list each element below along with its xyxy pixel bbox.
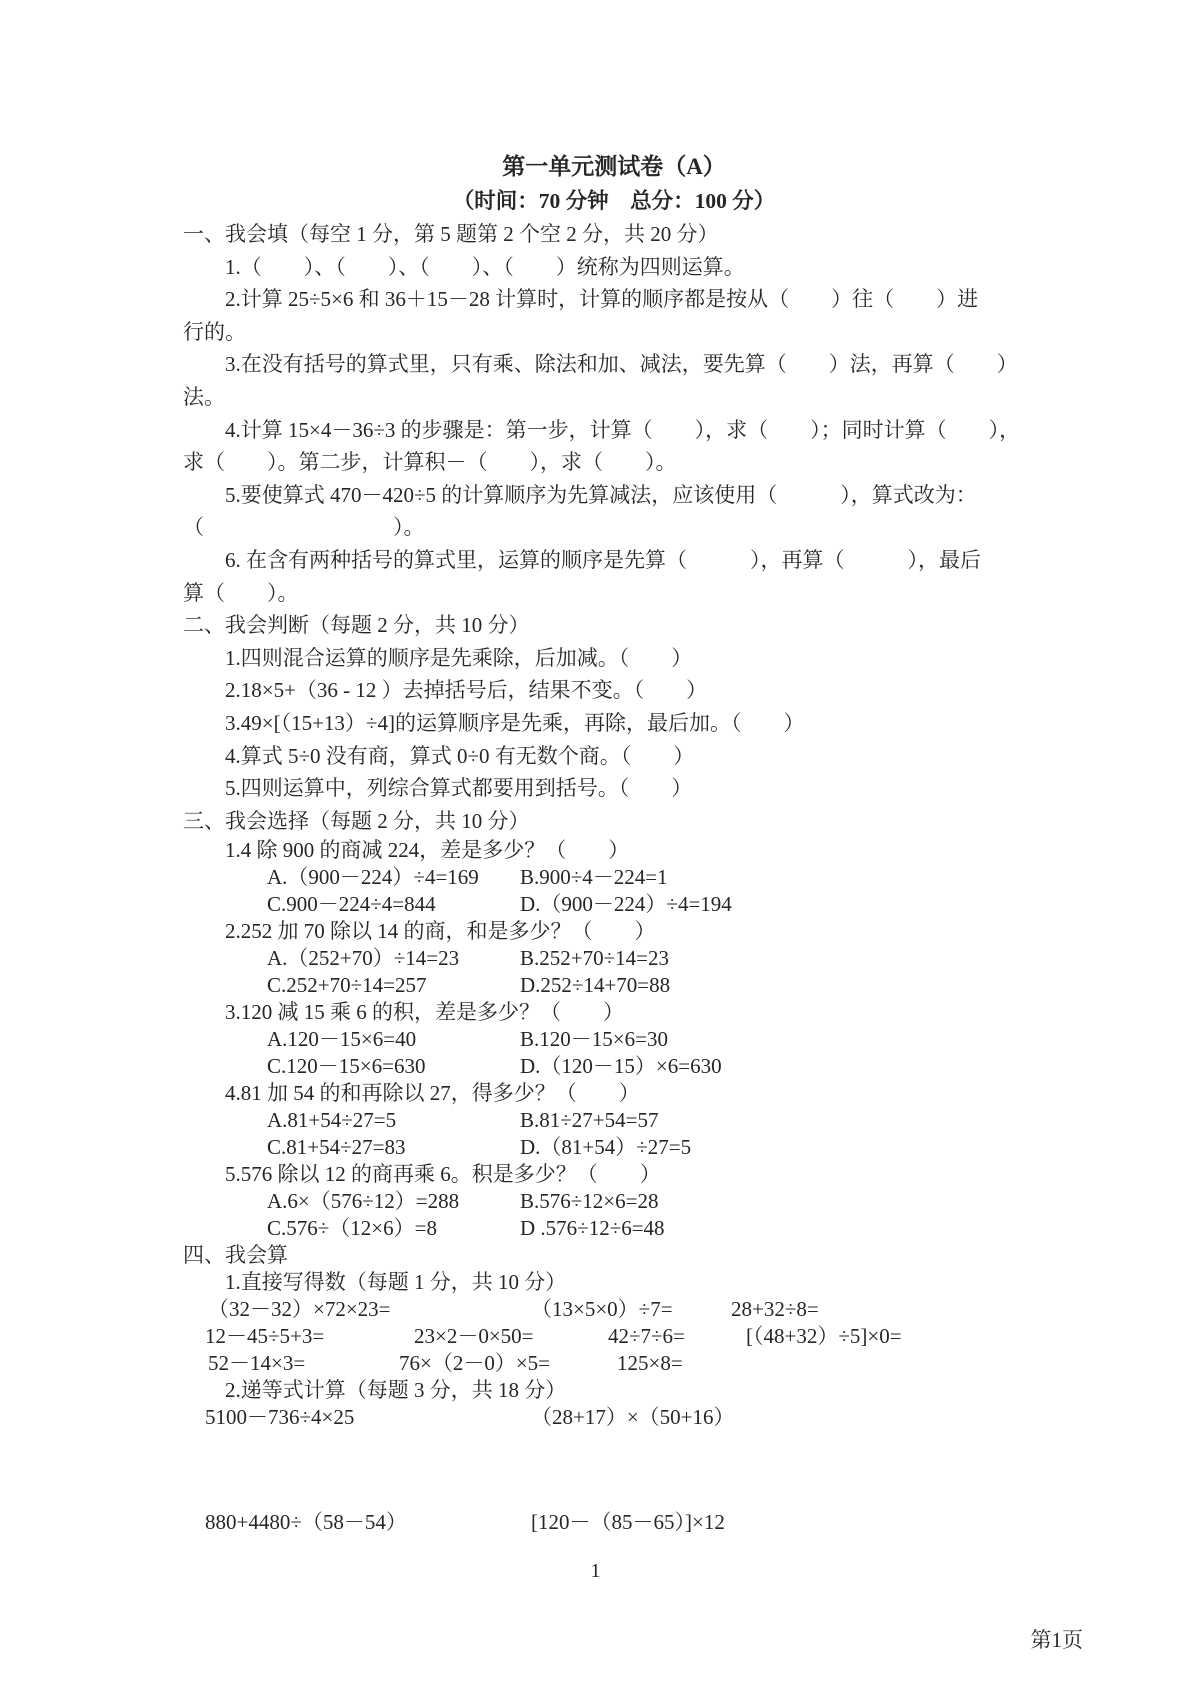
judge-item: 4.算式 5÷0 没有商，算式 0÷0 有无数个商。（ ） [183, 740, 1045, 773]
choice-option: B.81÷27+54=57 [520, 1108, 658, 1132]
page-number-center: 1 [0, 1560, 1191, 1583]
fill-blank-line: 算（ ）。 [183, 577, 1045, 610]
choice-options-row: A.6×（576÷12）=288B.576÷12×6=28 [183, 1188, 1045, 1215]
choice-options-row: A.（252+70）÷14=23B.252+70÷14=23 [183, 945, 1045, 972]
choice-question-stem: 2.252 加 70 除以 14 的商，和是多少？（ ） [183, 918, 1045, 945]
footer-page-label: 第1页 [1031, 1624, 1084, 1654]
choice-option: C.252+70÷14=257 [267, 972, 520, 999]
fill-blank-line: 2.计算 25÷5×6 和 36＋15－28 计算时，计算的顺序都是按从（ ）往… [183, 283, 1045, 316]
judge-item: 5.四则运算中，列综合算式都要用到括号。（ ） [183, 772, 1045, 805]
test-paper-page: 第一单元测试卷（A） （时间：70 分钟 总分：100 分） 一、我会填（每空 … [0, 0, 1191, 1684]
choice-option: B.120－15×6=30 [520, 1027, 668, 1051]
direct-calc-heading: 1.直接写得数（每题 1 分，共 10 分） [183, 1269, 1045, 1296]
stepwise-calc-row: 5100－736÷4×25 （28+17）×（50+16） [183, 1404, 1045, 1431]
choice-option: B.252+70÷14=23 [520, 946, 669, 970]
direct-calc-cell: 28+32÷8= [731, 1296, 819, 1323]
choice-question-stem: 4.81 加 54 的和再除以 27，得多少？（ ） [183, 1080, 1045, 1107]
section1-heading: 一、我会填（每空 1 分，第 5 题第 2 个空 2 分，共 20 分） [183, 218, 1045, 251]
fill-blank-line: 法。 [183, 381, 1045, 414]
choice-option: A.81+54÷27=5 [267, 1107, 520, 1134]
fill-blank-line: （ ）。 [183, 511, 1045, 544]
choice-option: B.900÷4－224=1 [520, 865, 668, 889]
direct-calc-cell: 23×2－0×50= [414, 1323, 534, 1350]
choice-option: B.576÷12×6=28 [520, 1189, 658, 1213]
direct-calc-cell: 125×8= [617, 1350, 683, 1377]
direct-calc-row: 52－14×3= 76×（2－0）×5= 125×8= [183, 1350, 1045, 1377]
choice-options-row: A.81+54÷27=5B.81÷27+54=57 [183, 1107, 1045, 1134]
choice-question-stem: 5.576 除以 12 的商再乘 6。积是多少？（ ） [183, 1161, 1045, 1188]
direct-calc-cell: （13×5×0）÷7= [531, 1296, 673, 1323]
stepwise-calc-cell: 880+4480÷（58－54） [205, 1509, 407, 1536]
fill-blank-line: 6. 在含有两种括号的算式里，运算的顺序是先算（ ），再算（ ），最后 [183, 544, 1045, 577]
choice-option: C.900－224÷4=844 [267, 891, 520, 918]
choice-option: C.120－15×6=630 [267, 1053, 520, 1080]
choice-options-row: C.120－15×6=630D.（120－15）×6=630 [183, 1053, 1045, 1080]
choice-question: 5.576 除以 12 的商再乘 6。积是多少？（ ） A.6×（576÷12）… [183, 1161, 1045, 1242]
stepwise-calc-heading: 2.递等式计算（每题 3 分，共 18 分） [183, 1377, 1045, 1404]
direct-calc-row: （32－32）×72×23= （13×5×0）÷7= 28+32÷8= [183, 1296, 1045, 1323]
judge-item: 2.18×5+（36 - 12 ）去掉括号后，结果不变。（ ） [183, 674, 1045, 707]
direct-calc-cell: [（48+32）÷5]×0= [746, 1323, 902, 1350]
direct-calc-cell: 76×（2－0）×5= [399, 1350, 550, 1377]
fill-blank-line: 求（ ）。第二步，计算积－（ ），求（ ）。 [183, 446, 1045, 479]
choice-question: 2.252 加 70 除以 14 的商，和是多少？（ ） A.（252+70）÷… [183, 918, 1045, 999]
choice-option: C.81+54÷27=83 [267, 1134, 520, 1161]
section4-heading: 四、我会算 [183, 1242, 1045, 1269]
choice-option: A.120－15×6=40 [267, 1026, 520, 1053]
choice-option: D .576÷12÷6=48 [520, 1216, 665, 1240]
choice-question: 4.81 加 54 的和再除以 27，得多少？（ ） A.81+54÷27=5B… [183, 1080, 1045, 1161]
section-calculation: 四、我会算 1.直接写得数（每题 1 分，共 10 分） （32－32）×72×… [183, 1242, 1045, 1536]
choice-options-row: A.（900－224）÷4=169B.900÷4－224=1 [183, 864, 1045, 891]
choice-question: 3.120 减 15 乘 6 的积，差是多少？（ ） A.120－15×6=40… [183, 999, 1045, 1080]
stepwise-calc-cell: [120－（85－65）]×12 [531, 1509, 725, 1536]
direct-calc-cell: （32－32）×72×23= [208, 1296, 391, 1323]
direct-calc-cell: 12－45÷5+3= [205, 1323, 324, 1350]
choice-options-row: A.120－15×6=40B.120－15×6=30 [183, 1026, 1045, 1053]
choice-options-row: C.252+70÷14=257D.252÷14+70=88 [183, 972, 1045, 999]
fill-blank-line: 行的。 [183, 316, 1045, 349]
fill-blank-line: 4.计算 15×4－36÷3 的步骤是：第一步，计算（ ），求（ ）；同时计算（… [183, 414, 1045, 447]
fill-blank-line: 1.（ ）、（ ）、（ ）、（ ）统称为四则运算。 [183, 251, 1045, 284]
choice-question-stem: 3.120 减 15 乘 6 的积，差是多少？（ ） [183, 999, 1045, 1026]
direct-calc-row: 12－45÷5+3= 23×2－0×50= 42÷7÷6= [（48+32）÷5… [183, 1323, 1045, 1350]
choice-options-row: C.900－224÷4=844D.（900－224）÷4=194 [183, 891, 1045, 918]
choice-option: A.6×（576÷12）=288 [267, 1188, 520, 1215]
stepwise-calc-cell: （28+17）×（50+16） [531, 1404, 735, 1431]
choice-option: C.576÷（12×6）=8 [267, 1215, 520, 1242]
choice-option: D.252÷14+70=88 [520, 973, 670, 997]
choice-question: 1.4 除 900 的商减 224，差是多少？（ ） A.（900－224）÷4… [183, 837, 1045, 918]
exam-time-score-line: （时间：70 分钟 总分：100 分） [183, 184, 1045, 218]
direct-calc-cell: 42÷7÷6= [608, 1323, 685, 1350]
stepwise-calc-row: 880+4480÷（58－54） [120－（85－65）]×12 [183, 1509, 1045, 1536]
choice-option: D.（900－224）÷4=194 [520, 892, 732, 916]
direct-calc-cell: 52－14×3= [208, 1350, 305, 1377]
fill-blank-line: 3.在没有括号的算式里，只有乘、除法和加、减法，要先算（ ）法，再算（ ） [183, 348, 1045, 381]
section-fill-blanks: 一、我会填（每空 1 分，第 5 题第 2 个空 2 分，共 20 分） 1.（… [183, 218, 1045, 609]
section2-heading: 二、我会判断（每题 2 分，共 10 分） [183, 609, 1045, 642]
choice-option: D.（120－15）×6=630 [520, 1054, 722, 1078]
section-judgement: 二、我会判断（每题 2 分，共 10 分） 1.四则混合运算的顺序是先乘除，后加… [183, 609, 1045, 805]
stepwise-calc-cell: 5100－736÷4×25 [205, 1404, 354, 1431]
choice-option: A.（900－224）÷4=169 [267, 864, 520, 891]
section3-heading: 三、我会选择（每题 2 分，共 10 分） [183, 805, 1045, 838]
choice-option: A.（252+70）÷14=23 [267, 945, 520, 972]
judge-item: 1.四则混合运算的顺序是先乘除，后加减。（ ） [183, 642, 1045, 675]
choice-question-stem: 1.4 除 900 的商减 224，差是多少？（ ） [183, 837, 1045, 864]
choice-option: D.（81+54）÷27=5 [520, 1135, 691, 1159]
paper-content: 第一单元测试卷（A） （时间：70 分钟 总分：100 分） 一、我会填（每空 … [183, 150, 1045, 1536]
section-multiple-choice: 三、我会选择（每题 2 分，共 10 分） 1.4 除 900 的商减 224，… [183, 805, 1045, 1243]
choice-options-row: C.81+54÷27=83D.（81+54）÷27=5 [183, 1134, 1045, 1161]
page-title: 第一单元测试卷（A） [183, 150, 1045, 184]
fill-blank-line: 5.要使算式 470－420÷5 的计算顺序为先算减法，应该使用（ ），算式改为… [183, 479, 1045, 512]
choice-options-row: C.576÷（12×6）=8D .576÷12÷6=48 [183, 1215, 1045, 1242]
judge-item: 3.49×[（15+13）÷4]的运算顺序是先乘，再除，最后加。（ ） [183, 707, 1045, 740]
